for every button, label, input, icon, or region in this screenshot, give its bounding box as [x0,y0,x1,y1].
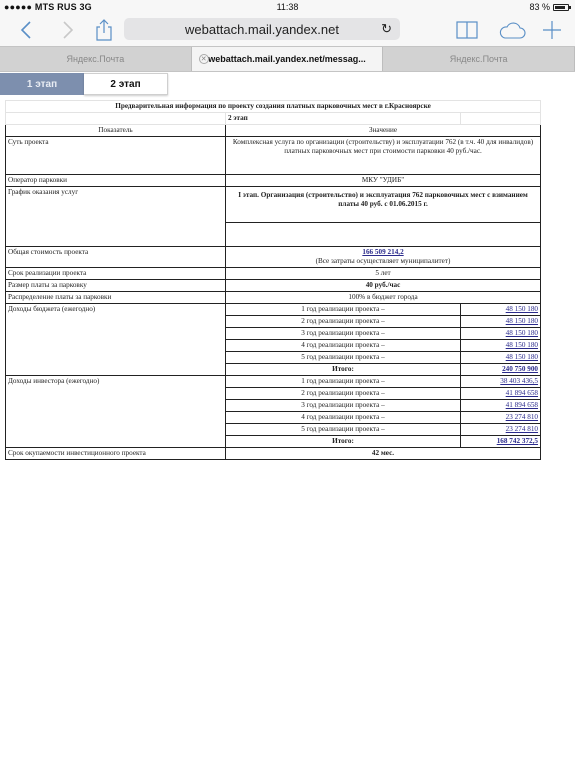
year-label: 2 год реализации проекта – [226,316,461,328]
row-label: Суть проекта [6,137,226,175]
row-label: График оказания услуг [6,187,226,247]
clock: 11:38 [0,2,575,12]
year-label: 4 год реализации проекта – [226,340,461,352]
header-value: Значение [226,125,541,137]
budget-year-value[interactable]: 48 150 180 [506,305,538,313]
row-value: 5 лет [226,268,541,280]
budget-income-label: Доходы бюджета (ежегодно) [6,304,226,376]
book-icon[interactable] [455,18,479,42]
share-icon[interactable] [92,18,116,42]
row-value: Комплексная услуга по организации (строи… [226,137,541,175]
budget-year-value[interactable]: 48 150 180 [506,329,538,337]
url-bar[interactable]: webattach.mail.yandex.net ↻ [124,18,400,40]
chevron-right-icon[interactable] [58,18,78,42]
browser-tab[interactable]: Яндекс.Почта [383,47,575,71]
year-label: 1 год реализации проекта – [226,304,461,316]
investor-year-value[interactable]: 41 894 658 [506,389,538,397]
year-label: 5 год реализации проекта – [226,352,461,364]
document-title: Предварительная информация по проекту со… [6,101,541,113]
year-label: 3 год реализации проекта – [226,328,461,340]
row-value: I этап. Организация (строительство) и эк… [226,187,541,223]
year-label: 5 год реализации проекта – [226,424,461,436]
browser-tab-active[interactable]: ✕ webattach.mail.yandex.net/messag... [192,47,384,71]
year-label: 4 год реализации проекта – [226,412,461,424]
browser-toolbar: webattach.mail.yandex.net ↻ [0,14,575,46]
year-label: 1 год реализации проекта – [226,376,461,388]
total-label: Итого: [226,436,461,448]
chevron-left-icon[interactable] [16,18,36,42]
investor-year-value[interactable]: 23 274 810 [506,413,538,421]
status-bar: ●●●●● MTS RUS 3G 11:38 83 % [0,0,575,14]
project-info-table: Предварительная информация по проекту со… [5,100,541,460]
row-value: 40 руб./час [226,280,541,292]
row-value: МКУ "УДИБ" [226,175,541,187]
budget-year-value[interactable]: 48 150 180 [506,317,538,325]
row-label: Срок реализации проекта [6,268,226,280]
investor-year-value[interactable]: 41 894 658 [506,401,538,409]
stage-tabs: 1 этап 2 этап [0,73,168,95]
row-label: Размер платы за парковку [6,280,226,292]
battery-status: 83 % [529,2,569,12]
browser-tab[interactable]: Яндекс.Почта [0,47,192,71]
stage-tab-1[interactable]: 1 этап [0,73,84,95]
total-label: Итого: [226,364,461,376]
budget-year-value[interactable]: 48 150 180 [506,341,538,349]
browser-tab-strip: Яндекс.Почта ✕ webattach.mail.yandex.net… [0,46,575,72]
page-content: 1 этап 2 этап Предварительная информация… [0,72,575,767]
investor-income-label: Доходы инвестора (ежегодно) [6,376,226,448]
total-cost-link[interactable]: 166 509 214,2 [228,248,538,257]
header-indicator: Показатель [6,125,226,137]
battery-percent: 83 % [529,2,550,12]
battery-icon [553,4,569,11]
close-tab-icon[interactable]: ✕ [199,54,209,64]
row-value: 100% в бюджет города [226,292,541,304]
cloud-icon[interactable] [497,18,527,42]
investor-total-value[interactable]: 168 742 372,5 [497,437,538,445]
stage-tab-2[interactable]: 2 этап [84,73,168,95]
row-label: Срок окупаемости инвестиционного проекта [6,448,226,460]
investor-year-value[interactable]: 38 403 436,5 [500,377,538,385]
year-label: 2 год реализации проекта – [226,388,461,400]
row-value: 42 мес. [226,448,541,460]
stage-label: 2 этап [226,113,461,125]
year-label: 3 год реализации проекта – [226,400,461,412]
investor-year-value[interactable]: 23 274 810 [506,425,538,433]
reload-icon[interactable]: ↻ [381,21,392,37]
total-cost-note: (Все затраты осуществляет муниципалитет) [228,257,538,266]
plus-icon[interactable] [540,18,564,42]
row-label: Распределение платы за парковки [6,292,226,304]
budget-total-value[interactable]: 240 750 900 [502,365,538,373]
url-text: webattach.mail.yandex.net [185,22,339,37]
budget-year-value[interactable]: 48 150 180 [506,353,538,361]
row-label: Общая стоимость проекта [6,247,226,268]
row-label: Оператор парковки [6,175,226,187]
